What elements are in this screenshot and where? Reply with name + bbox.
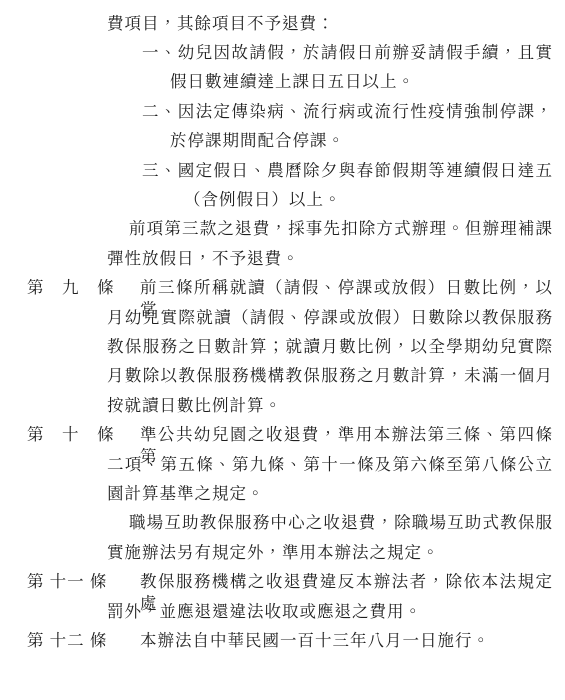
list-item-line: 二、因法定傳染病、流行病或流行性疫情強制停課，幼兒 bbox=[142, 101, 553, 123]
document-page: 費項目，其餘項目不予退費： 一、幼兒因故請假，於請假日前辦妥請假手續，且實際請 … bbox=[0, 0, 565, 700]
list-item-continuation: （含例假日）以上。 bbox=[184, 189, 342, 211]
body-line: 園計算基準之規定。 bbox=[107, 483, 265, 505]
body-line: 二項、第五條、第九條、第十一條及第六條至第八條公立幼兒 bbox=[107, 454, 553, 476]
body-line: 按就讀日數比例計算。 bbox=[107, 395, 282, 417]
article-row: 第 十二 條 本辦法自中華民國一百十三年八月一日施行。 bbox=[0, 630, 565, 652]
list-item-line: 一、幼兒因故請假，於請假日前辦妥請假手續，且實際請 bbox=[142, 42, 553, 64]
article-text: 本辦法自中華民國一百十三年八月一日施行。 bbox=[140, 630, 490, 652]
article-number: 第 十二 條 bbox=[27, 630, 107, 652]
article-number: 第 九 條 bbox=[27, 277, 115, 299]
list-item-line: 三、國定假日、農曆除夕與春節假期等連續假日達五日 bbox=[142, 160, 553, 182]
article-number: 第 十 條 bbox=[27, 424, 115, 446]
paragraph-line: 前項第三款之退費，採事先扣除方式辦理。但辦理補課之 bbox=[129, 218, 553, 240]
list-item-continuation: 於停課期間配合停課。 bbox=[170, 130, 345, 152]
body-line: 月幼兒實際就讀（請假、停課或放假）日數除以教保服務機構 bbox=[107, 307, 553, 329]
body-line: 罰外，並應退還違法收取或應退之費用。 bbox=[107, 601, 422, 623]
article-number: 第 十一 條 bbox=[27, 571, 107, 593]
article-row: 第 九 條 前三條所稱就讀（請假、停課或放假）日數比例，以當 bbox=[0, 277, 565, 299]
paragraph-continuation: 實施辦法另有規定外，準用本辦法之規定。 bbox=[107, 542, 440, 564]
body-line: 教保服務之日數計算；就讀月數比例，以全學期幼兒實際就讀 bbox=[107, 336, 553, 358]
article-row: 第 十一 條 教保服務機構之收退費違反本辦法者，除依本法規定處 bbox=[0, 571, 565, 593]
paragraph-continuation: 彈性放假日，不予退費。 bbox=[107, 248, 300, 270]
list-item-continuation: 假日數連續達上課日五日以上。 bbox=[170, 71, 415, 93]
body-line: 費項目，其餘項目不予退費： bbox=[107, 13, 335, 35]
body-line: 月數除以教保服務機構教保服務之月數計算，未滿一個月者， bbox=[107, 365, 553, 387]
article-row: 第 十 條 準公共幼兒園之收退費，準用本辦法第三條、第四條第 bbox=[0, 424, 565, 446]
paragraph-line: 職場互助教保服務中心之收退費，除職場互助式教保服務 bbox=[129, 512, 553, 534]
